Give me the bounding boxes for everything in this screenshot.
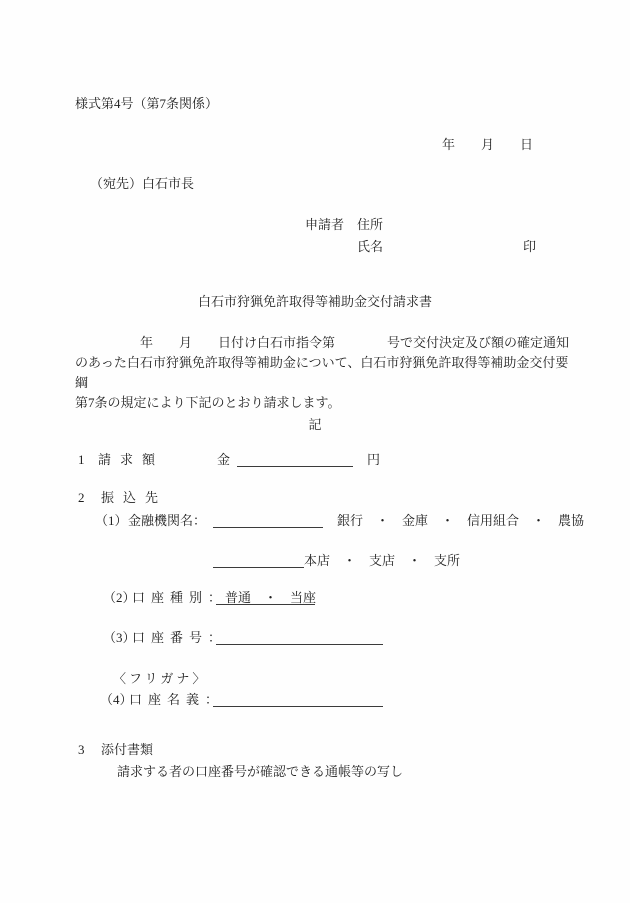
item-number: 2 bbox=[78, 490, 85, 506]
transfer-header-row: 2 振込先 bbox=[0, 490, 630, 510]
attachments-row: 3 添付書類 bbox=[0, 742, 630, 762]
account-type-label: 口座種別： bbox=[132, 590, 227, 606]
attachments-note: 請求する者の口座番号が確認できる通帳等の写し bbox=[117, 764, 403, 780]
bank-name-field bbox=[213, 513, 323, 528]
date-line: 年 月 日 bbox=[442, 137, 533, 153]
recipient-line: （宛先）白石市長 bbox=[90, 176, 194, 192]
row-number: （1） bbox=[95, 513, 128, 529]
attachments-label: 添付書類 bbox=[101, 742, 153, 758]
body-line: のあった白石市狩猟免許取得等補助金について、白石市狩猟免許取得等補助金交付要綱 bbox=[75, 353, 580, 393]
claim-amount-label: 請求額 bbox=[98, 452, 164, 468]
account-number-label: 口座番号： bbox=[132, 630, 227, 646]
bank-name-row: （1） 金融機関名： 銀行 ・ 金庫 ・ 信用組合 ・ 農協 bbox=[0, 513, 630, 533]
amount-field bbox=[237, 452, 353, 467]
document-title: 白石市狩猟免許取得等補助金交付請求書 bbox=[0, 291, 630, 310]
bank-type-options: 銀行 ・ 金庫 ・ 信用組合 ・ 農協 bbox=[337, 513, 584, 529]
bank-name-label: 金融機関名： bbox=[128, 513, 206, 529]
transfer-label: 振込先 bbox=[101, 490, 167, 506]
branch-type-options: 本店 ・ 支店 ・ 支所 bbox=[304, 553, 460, 569]
applicant-address-line: 申請者 住所 bbox=[305, 217, 383, 233]
body-line: 年 月 日付け白石市指令第 号で交付決定及び額の確定通知 bbox=[75, 333, 580, 353]
row-number: （4） bbox=[100, 692, 133, 708]
item-number: 3 bbox=[78, 742, 85, 758]
body-paragraph: 年 月 日付け白石市指令第 号で交付決定及び額の確定通知 のあった白石市狩猟免許… bbox=[75, 333, 580, 413]
account-number-row: （3） 口座番号： bbox=[0, 630, 630, 650]
row-number: （2） bbox=[103, 590, 136, 606]
account-type-row: （2） 口座種別： 普通 ・ 当座 bbox=[0, 590, 630, 610]
section-marker: 記 bbox=[0, 414, 630, 433]
row-number: （3） bbox=[103, 630, 136, 646]
account-holder-field bbox=[213, 692, 383, 707]
claim-amount-row: 1 請求額 金 円 bbox=[0, 452, 630, 472]
account-holder-label: 口座名義： bbox=[129, 692, 224, 708]
item-number: 1 bbox=[78, 452, 85, 468]
account-number-field bbox=[216, 630, 383, 645]
account-type-value: 普通 ・ 当座 bbox=[225, 590, 316, 606]
account-holder-row: （4） 口座名義： bbox=[0, 692, 630, 712]
form-number: 様式第4号（第7条関係） bbox=[75, 96, 218, 112]
applicant-name-label: 氏名 bbox=[357, 239, 383, 255]
document-page: 様式第4号（第7条関係） 年 月 日 （宛先）白石市長 申請者 住所 氏名 印 … bbox=[0, 0, 630, 903]
branch-name-field bbox=[213, 553, 304, 568]
seal-mark: 印 bbox=[523, 239, 536, 255]
currency-prefix: 金 bbox=[217, 452, 230, 468]
furigana-label: 〈フリガナ〉 bbox=[113, 671, 208, 687]
branch-row: 本店 ・ 支店 ・ 支所 bbox=[0, 553, 630, 573]
body-line: 第7条の規定により下記のとおり請求します。 bbox=[75, 393, 580, 413]
currency-suffix: 円 bbox=[367, 452, 380, 468]
